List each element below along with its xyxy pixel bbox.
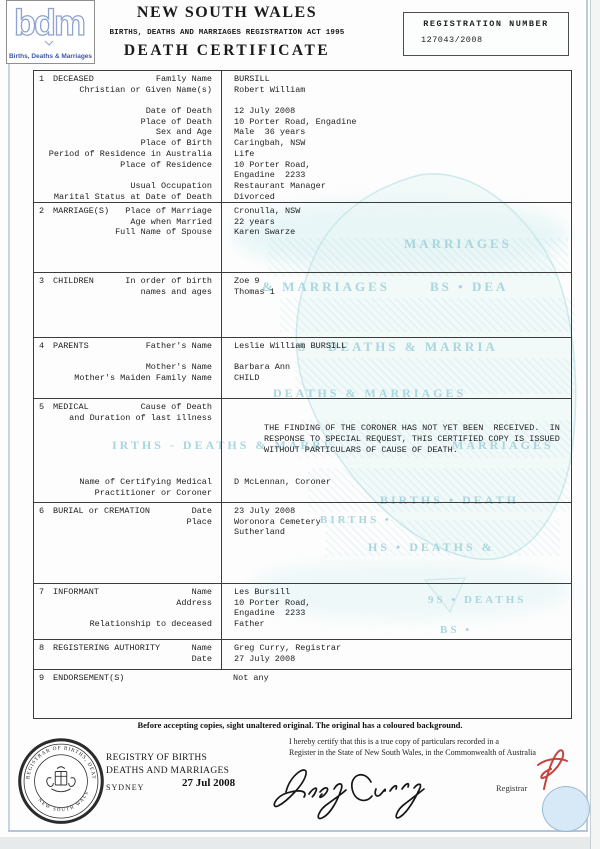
- registrar-signature: [256, 760, 456, 822]
- field-label: and Duration of last illness: [34, 413, 221, 424]
- section-title: DECEASED: [53, 74, 94, 84]
- field-value: 27 July 2008: [234, 654, 571, 665]
- section-number: 6: [39, 506, 53, 517]
- field-value: Robert William: [234, 85, 571, 96]
- field-label: Place of Death: [34, 117, 221, 128]
- section-value-column: Greg Curry, Registrar27 July 2008: [221, 640, 571, 669]
- field-label: Period of Residence in Australia: [34, 149, 221, 160]
- page-border-left: [8, 0, 10, 832]
- field-value: Sutherland: [234, 527, 571, 538]
- field-value: [234, 413, 571, 424]
- certificate-table: 1DECEASEDFamily NameChristian or Given N…: [33, 70, 572, 719]
- section-heading: 4PARENTS: [39, 341, 89, 352]
- section-row-1: 1DECEASEDFamily NameChristian or Given N…: [34, 71, 571, 203]
- section-number: 3: [39, 276, 53, 287]
- section-number: 7: [39, 587, 53, 598]
- field-label: Marital Status at Date of Death: [34, 192, 221, 203]
- field-value: [234, 402, 571, 413]
- field-label: Practitioner or Coroner: [34, 488, 221, 499]
- section-title: REGISTERING AUTHORITY: [53, 643, 160, 653]
- field-value: D McLennan, Coroner: [234, 477, 571, 488]
- field-label: Usual Occupation: [34, 181, 221, 192]
- section-heading: 2MARRIAGE(S): [39, 206, 109, 217]
- field-label: [34, 466, 221, 477]
- field-value: 12 July 2008: [234, 106, 571, 117]
- section-heading: 1DECEASED: [39, 74, 94, 85]
- section-number: 1: [39, 74, 53, 85]
- registry-seal: REGISTRAR OF BIRTHS, DEATHS AND MARRIAGE…: [13, 736, 109, 832]
- field-value: WITHOUT PARTICULARS OF CAUSE OF DEATH.: [234, 445, 571, 456]
- field-value: Woronora Cemetery: [234, 517, 571, 528]
- svg-text:bdm: bdm: [14, 2, 84, 43]
- header-state: NEW SOUTH WALES: [102, 4, 352, 22]
- field-label: Age when Married: [34, 217, 221, 228]
- bdm-logo-mark: bdm: [7, 1, 92, 47]
- section-label-column: 4PARENTSFather's NameMother's NameMother…: [34, 338, 221, 398]
- section-heading: 7INFORMANT: [39, 587, 99, 598]
- section-number: 9: [39, 673, 53, 684]
- field-label: [34, 352, 221, 363]
- section-title: BURIAL or CREMATION: [53, 506, 150, 516]
- certify-line1: I hereby certify that this is a true cop…: [289, 737, 569, 748]
- section-heading: 6BURIAL or CREMATION: [39, 506, 150, 517]
- scan-edge-bottom: [0, 837, 600, 849]
- field-label: [34, 455, 221, 466]
- section-title: PARENTS: [53, 341, 89, 351]
- section-heading: 5MEDICAL: [39, 402, 89, 413]
- registrar-label: Registrar: [496, 783, 527, 793]
- section-title: INFORMANT: [53, 587, 99, 597]
- section-title: CHILDREN: [53, 276, 94, 286]
- field-label: Full Name of Spouse: [34, 227, 221, 238]
- red-initials-mark: [534, 746, 570, 792]
- field-label: [34, 434, 221, 445]
- section-label-column: 7INFORMANTNameAddressRelationship to dec…: [34, 584, 221, 639]
- field-label: Relationship to deceased: [34, 619, 221, 630]
- field-value: Thomas 1: [234, 287, 571, 298]
- bdm-logo: bdm Births, Deaths & Marriages: [6, 0, 95, 64]
- section-label-column: 1DECEASEDFamily NameChristian or Given N…: [34, 71, 221, 202]
- header-act: BIRTHS, DEATHS AND MARRIAGES REGISTRATIO…: [102, 29, 352, 37]
- section-title: ENDORSEMENT(S): [53, 673, 124, 683]
- section-heading: 9ENDORSEMENT(S): [39, 673, 124, 684]
- field-value: Male 36 years: [234, 127, 571, 138]
- page-border-right: [586, 0, 588, 832]
- bdm-logo-caption: Births, Deaths & Marriages: [7, 53, 94, 60]
- section-value-column: Les Bursill10 Porter Road,Engadine 2233F…: [221, 584, 571, 639]
- field-label: [34, 95, 221, 106]
- field-label: Place: [34, 517, 221, 528]
- field-value: 10 Porter Road, Engadine: [234, 117, 571, 128]
- section-row-8: 8REGISTERING AUTHORITYNameDateGreg Curry…: [34, 640, 571, 670]
- field-value: [234, 455, 571, 466]
- field-value: 10 Porter Road,: [234, 160, 571, 171]
- field-value: [234, 466, 571, 477]
- section-number: 2: [39, 206, 53, 217]
- section-label-column: 8REGISTERING AUTHORITYNameDate: [34, 640, 221, 669]
- section-number: 4: [39, 341, 53, 352]
- registration-number-label: REGISTRATION NUMBER: [404, 19, 568, 29]
- section-label-column: 5MEDICALCause of Deathand Duration of la…: [34, 399, 221, 502]
- section-value-column: BURSILLRobert William12 July 200810 Port…: [221, 71, 571, 202]
- field-value: BURSILL: [234, 74, 571, 85]
- field-value: Life: [234, 149, 571, 160]
- section-row-2: 2MARRIAGE(S)Place of MarriageAge when Ma…: [34, 203, 571, 273]
- field-value: Greg Curry, Registrar: [234, 643, 571, 654]
- field-value: Leslie William BURSILL: [234, 341, 571, 352]
- field-value: 22 years: [234, 217, 571, 228]
- field-value: Cronulla, NSW: [234, 206, 571, 217]
- certify-line2: Register in the State of New South Wales…: [289, 748, 569, 759]
- field-value: Caringbah, NSW: [234, 138, 571, 149]
- field-value: Engadine 2233: [234, 608, 571, 619]
- field-label: Address: [34, 598, 221, 609]
- section-label-column: 6BURIAL or CREMATIONDatePlace: [34, 503, 221, 583]
- section-row-3: 3CHILDRENIn order of birthnames and ages…: [34, 273, 571, 338]
- field-value: Karen Swarze: [234, 227, 571, 238]
- section-row-9: 9ENDORSEMENT(S)Not any: [34, 670, 571, 718]
- field-label: [34, 423, 221, 434]
- section-value-column: Leslie William BURSILLBarbara AnnCHILD: [221, 338, 571, 398]
- certify-statement: I hereby certify that this is a true cop…: [289, 737, 569, 758]
- registry-name-line1: REGISTRY OF BIRTHS: [106, 752, 229, 765]
- field-label: Christian or Given Name(s): [34, 85, 221, 96]
- section-value-column: 23 July 2008Woronora CemeterySutherland: [221, 503, 571, 583]
- field-value: Barbara Ann: [234, 362, 571, 373]
- field-value: CHILD: [234, 373, 571, 384]
- field-label: Sex and Age: [34, 127, 221, 138]
- field-value: Les Bursill: [234, 587, 571, 598]
- section-row-5: 5MEDICALCause of Deathand Duration of la…: [34, 399, 571, 503]
- embossed-seal-circle: [542, 786, 590, 832]
- header-title: DEATH CERTIFICATE: [102, 42, 352, 60]
- field-label: Mother's Maiden Family Name: [34, 373, 221, 384]
- section-value-column: THE FINDING OF THE CORONER HAS NOT YET B…: [221, 399, 571, 502]
- section-row-4: 4PARENTSFather's NameMother's NameMother…: [34, 338, 571, 399]
- field-value: Engadine 2233: [234, 170, 571, 181]
- section-number: 5: [39, 402, 53, 413]
- issue-date-stamp: 27 Jul 2008: [182, 777, 235, 789]
- field-value: [234, 352, 571, 363]
- field-value: Divorced: [234, 192, 571, 203]
- field-label: Mother's Name: [34, 362, 221, 373]
- field-label: Place of Birth: [34, 138, 221, 149]
- section-heading: 3CHILDREN: [39, 276, 94, 287]
- footer-notice: Before accepting copies, sight unaltered…: [0, 720, 600, 730]
- section-value-column: Zoe 9Thomas 1: [221, 273, 571, 337]
- field-value: [234, 488, 571, 499]
- registration-number-box: REGISTRATION NUMBER 127043/2008: [403, 12, 569, 56]
- field-value: [234, 95, 571, 106]
- section-row-6: 6BURIAL or CREMATIONDatePlace23 July 200…: [34, 503, 571, 584]
- field-label: [34, 445, 221, 456]
- field-value: THE FINDING OF THE CORONER HAS NOT YET B…: [234, 423, 571, 434]
- field-value: Not any: [233, 673, 571, 684]
- section-label-column: 2MARRIAGE(S)Place of MarriageAge when Ma…: [34, 203, 221, 272]
- field-label: [34, 170, 221, 181]
- field-label: [34, 608, 221, 619]
- field-label: [34, 527, 221, 538]
- issue-place: SYDNEY: [106, 783, 144, 792]
- field-label: Date: [34, 654, 221, 665]
- field-value: Restaurant Manager: [234, 181, 571, 192]
- section-row-7: 7INFORMANTNameAddressRelationship to dec…: [34, 584, 571, 640]
- section-value-column: Cronulla, NSW22 yearsKaren Swarze: [221, 203, 571, 272]
- field-label: Date of Death: [34, 106, 221, 117]
- death-certificate-page: MARRIAGES& MARRIAGESBS • DEAS - DEATHS &…: [0, 0, 600, 849]
- field-value: 23 July 2008: [234, 506, 571, 517]
- field-label: Name of Certifying Medical: [34, 477, 221, 488]
- field-value: RESPONSE TO SPECIAL REQUEST, THIS CERTIF…: [234, 434, 571, 445]
- field-label: names and ages: [34, 287, 221, 298]
- section-title: MARRIAGE(S): [53, 206, 109, 216]
- section-label-column: 3CHILDRENIn order of birthnames and ages: [34, 273, 221, 337]
- field-label: Place of Residence: [34, 160, 221, 171]
- section-value-column: Not any: [221, 670, 571, 718]
- section-number: 8: [39, 643, 53, 654]
- field-value: 10 Porter Road,: [234, 598, 571, 609]
- section-label-column: 9ENDORSEMENT(S): [34, 670, 221, 718]
- registration-number-value: 127043/2008: [421, 35, 568, 45]
- section-title: MEDICAL: [53, 402, 89, 412]
- field-value: Zoe 9: [234, 276, 571, 287]
- field-value: Father: [234, 619, 571, 630]
- registry-name: REGISTRY OF BIRTHS DEATHS AND MARRIAGES: [106, 752, 229, 778]
- certificate-header: NEW SOUTH WALES BIRTHS, DEATHS AND MARRI…: [102, 4, 352, 60]
- section-heading: 8REGISTERING AUTHORITY: [39, 643, 160, 654]
